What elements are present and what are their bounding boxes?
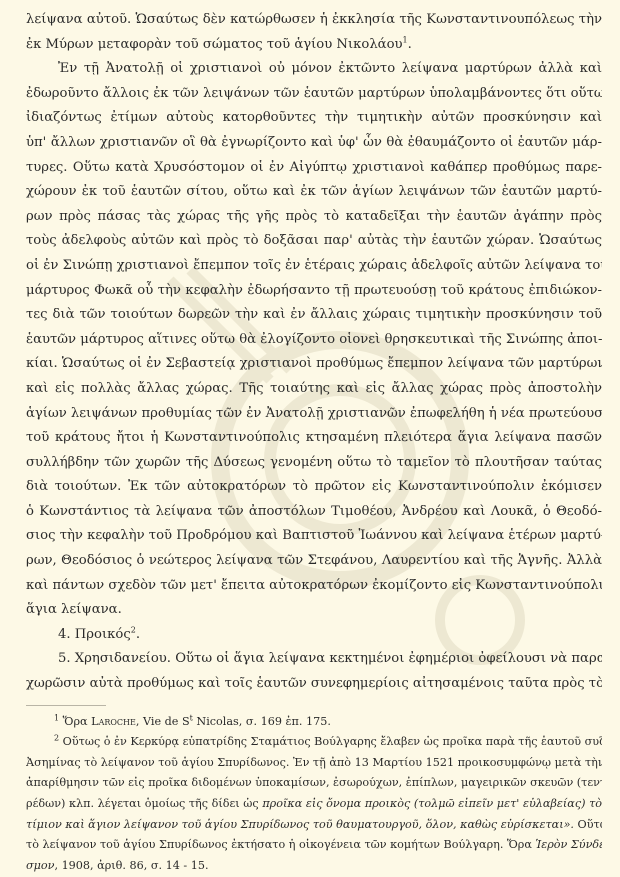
footnote-line: τίμιον καὶ ἅγιον λείψανον τοῦ ἁγίου Σπυρ…: [26, 815, 602, 836]
text-line: ἰδιαζόντως ἐτίμων αὐτοὺς κατορθοῦντες τὴ…: [26, 106, 602, 131]
footnote-line: ρέδων) κλπ. λέγεται ὁμοίως τῆς δίδει ὡς …: [26, 794, 602, 815]
text-line: οἱ ἐν Σινώπῃ χριστιανοὶ ἔπεμπον τοῖς ἐν …: [26, 254, 602, 279]
text-line: χωρῶσιν αὐτὰ προθύμως καὶ τοῖς ἑαυτῶν συ…: [26, 672, 602, 697]
document-page: λείψανα αὐτοῦ. Ὡσαύτως δὲν κατώρθωσεν ἡ …: [26, 0, 602, 876]
text-line: Ἐν τῇ Ἀνατολῇ οἱ χριστιανοὶ οὐ μόνον ἐκτ…: [26, 57, 602, 82]
footnote-line: τὸ λείψανον τοῦ ἁγίου Σπυρίδωνος ἐκτήσατ…: [26, 835, 602, 856]
footnote-line: ἀπαρίθμησιν τῶν εἰς προῖκα διδομένων ὑπο…: [26, 773, 602, 794]
text-line: ἅγια λείψανα.: [26, 598, 602, 623]
text-line: ὑπ' ἄλλων χριστιανῶν οἳ θὰ ἐγνωρίζοντο κ…: [26, 131, 602, 156]
text-line: συλλήβδην τῶν χωρῶν τῆς Δύσεως γενομένη …: [26, 451, 602, 476]
footnote-line: Ἀσημίνας τὸ λείψανον τοῦ ἁγίου Σπυρίδωνο…: [26, 753, 602, 774]
text-line: τυρες. Οὕτω κατὰ Χρυσόστομον οἱ ἐν Αἰγύπ…: [26, 156, 602, 181]
footnote-line: σμον, 1908, ἀριθ. 86, σ. 14 - 15.: [26, 856, 602, 877]
body-text: λείψανα αὐτοῦ. Ὡσαύτως δὲν κατώρθωσεν ἡ …: [26, 0, 602, 697]
text-line: ἑαυτῶν μάρτυρος αἵτινες οὕτω θὰ ἐλογίζον…: [26, 328, 602, 353]
text-line: καὶ εἰς πολλὰς ἄλλας χώρας. Τῆς τοιαύτης…: [26, 377, 602, 402]
text-line: ἁγίων λειψάνων προθυμίας τῶν ἐν Ἀνατολῇ …: [26, 402, 602, 427]
text-line: ἐκ Μύρων μεταφορὰν τοῦ σώματος τοῦ ἁγίου…: [26, 33, 602, 58]
text-line: ρων, Θεοδόσιος ὁ νεώτερος λείψανα τῶν Στ…: [26, 549, 602, 574]
text-line: κίαι. Ὡσαύτως οἱ ἐν Σεβαστείᾳ χριστιανοὶ…: [26, 352, 602, 377]
section-heading-5: 5. Χρησιδανείου. Οὕτω οἱ ἅγια λείψανα κε…: [26, 647, 602, 672]
text-line: τοὺς ἀδελφοὺς αὐτῶν καὶ πρὸς τὸ δοξᾶσαι …: [26, 229, 602, 254]
text-line: καὶ πάντων σχεδὸν τῶν μετ' ἔπειτα αὐτοκρ…: [26, 574, 602, 599]
text-line: τες διὰ τῶν τοιούτων δωρεῶν τὴν καὶ ἐν ἄ…: [26, 303, 602, 328]
text-line: ἐδωροῦντο ἄλλοις ἐκ τῶν λειψάνων τῶν ἑαυ…: [26, 82, 602, 107]
footnote-1: 1 Ὅρα Laroche, Vie de St Nicolas, σ. 169…: [26, 712, 602, 733]
text-line: διὰ τοιούτων. Ἐκ τῶν αὐτοκρατόρων τὸ πρῶ…: [26, 475, 602, 500]
footnotes: 1 Ὅρα Laroche, Vie de St Nicolas, σ. 169…: [26, 712, 602, 877]
text-line: τοῦ κράτους ἤτοι ἡ Κωνσταντινούπολις κτη…: [26, 426, 602, 451]
text-line: χώρουν ἐκ τοῦ ἑαυτῶν σίτου, οὕτω καὶ ἐκ …: [26, 180, 602, 205]
text-line: ρων πρὸς πάσας τὰς χώρας τῆς γῆς πρὸς τὸ…: [26, 205, 602, 230]
section-heading-4: 4. Προικός2.: [26, 623, 602, 648]
text-line: λείψανα αὐτοῦ. Ὡσαύτως δὲν κατώρθωσεν ἡ …: [26, 8, 602, 33]
text-line: ὁ Κωνστάντιος τὰ λείψανα τῶν ἀποστόλων Τ…: [26, 500, 602, 525]
text-line: σιος τὴν κεφαλὴν τοῦ Προδρόμου καὶ Βαπτι…: [26, 524, 602, 549]
footnote-2: 2 Οὕτως ὁ ἐν Κερκύρᾳ εὐπατρίδης Σταμάτιο…: [26, 732, 602, 753]
text-line: μάρτυρος Φωκᾶ οὗ τὴν κεφαλὴν ἐδωρήσαντο …: [26, 279, 602, 304]
footnote-separator: [26, 705, 106, 706]
